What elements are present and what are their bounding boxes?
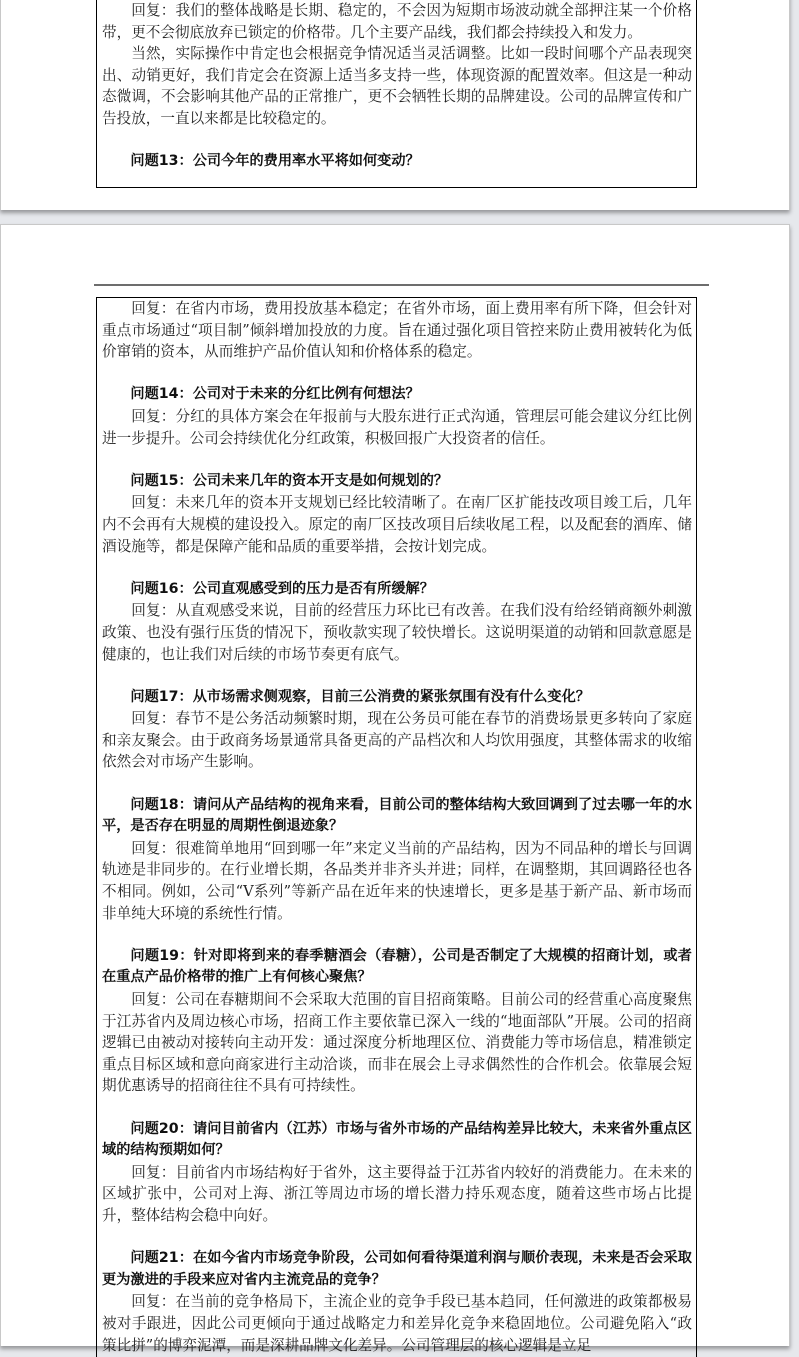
answer-paragraph: 当然，实际操作中肯定也会根据竞争情况适当灵活调整。比如一段时间哪个产品表现突出、… bbox=[102, 43, 692, 129]
page-header-rule bbox=[94, 284, 709, 286]
answer-paragraph: 回复：我们的整体战略是长期、稳定的，不会因为短期市场波动就全部押注某一个价格带，… bbox=[102, 0, 692, 43]
document-page-2: 回复：在省内市场，费用投放基本稳定；在省外市场，面上费用率有所下降，但会针对重点… bbox=[0, 224, 790, 1346]
answer-paragraph: 回复：很难简单地用“回到哪一年”来定义当前的产品结构，因为不同品种的增长与回调轨… bbox=[102, 838, 692, 924]
answer-paragraph: 回复：在当前的竞争格局下，主流企业的竞争手段已基本趋同，任何激进的政策都极易被对… bbox=[102, 1291, 692, 1356]
answer-paragraph: 回复：从直观感受来说，目前的经营压力环比已有改善。在我们没有给经销商额外刺激政策… bbox=[102, 600, 692, 665]
question-heading: 问题13：公司今年的费用率水平将如何变动？ bbox=[102, 151, 692, 173]
answer-paragraph: 回复：公司在春糖期间不会采取大范围的盲目招商策略。目前公司的经营重心高度聚焦于江… bbox=[102, 989, 692, 1097]
question-heading: 问题21：在如今省内市场竞争阶段，公司如何看待渠道利润与顺价表现，未来是否会采取… bbox=[102, 1248, 692, 1291]
qa-text-box: 回复：在省内市场，费用投放基本稳定；在省外市场，面上费用率有所下降，但会针对重点… bbox=[96, 297, 697, 1357]
answer-paragraph: 回复：分红的具体方案会在年报前与大股东进行正式沟通，管理层可能会建议分红比例进一… bbox=[102, 406, 692, 449]
question-heading: 问题20：请问目前省内（江苏）市场与省外市场的产品结构差异比较大，未来省外重点区… bbox=[102, 1119, 692, 1162]
answer-paragraph: 回复：春节不是公务活动频繁时期，现在公务员可能在春节的消费场景更多转向了家庭和亲… bbox=[102, 708, 692, 773]
answer-paragraph: 回复：在省内市场，费用投放基本稳定；在省外市场，面上费用率有所下降，但会针对重点… bbox=[102, 298, 692, 363]
qa-text-box: 回复：我们的整体战略是长期、稳定的，不会因为短期市场波动就全部押注某一个价格带，… bbox=[96, 0, 697, 188]
question-heading: 问题14：公司对于未来的分红比例有何想法？ bbox=[102, 384, 692, 406]
question-heading: 问题18：请问从产品结构的视角来看，目前公司的整体结构大致回调到了过去哪一年的水… bbox=[102, 795, 692, 838]
question-heading: 问题19：针对即将到来的春季糖酒会（春糖），公司是否制定了大规模的招商计划，或者… bbox=[102, 946, 692, 989]
answer-paragraph: 回复：未来几年的资本开支规划已经比较清晰了。在南厂区扩能技改项目竣工后，几年内不… bbox=[102, 492, 692, 557]
question-heading: 问题17：从市场需求侧观察，目前三公消费的紧张氛围有没有什么变化？ bbox=[102, 687, 692, 709]
question-heading: 问题16：公司直观感受到的压力是否有所缓解？ bbox=[102, 579, 692, 601]
document-page-1: 回复：我们的整体战略是长期、稳定的，不会因为短期市场波动就全部押注某一个价格带，… bbox=[0, 0, 790, 210]
answer-paragraph: 回复：目前省内市场结构好于省外，这主要得益于江苏省内较好的消费能力。在未来的区域… bbox=[102, 1162, 692, 1227]
question-heading: 问题15：公司未来几年的资本开支是如何规划的？ bbox=[102, 471, 692, 493]
